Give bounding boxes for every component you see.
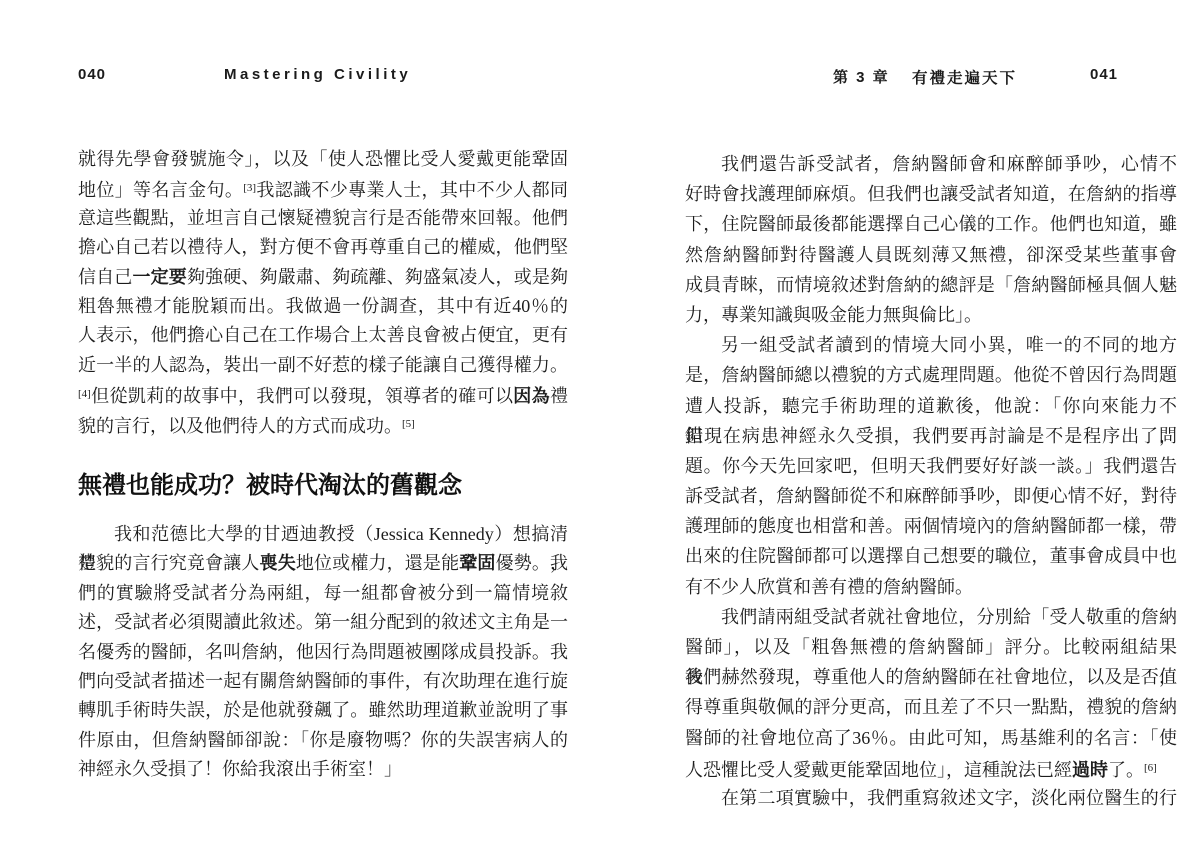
left-page-number: 040 xyxy=(78,66,106,83)
text-line: 件原由，但詹納醫師卻說：「你是廢物嗎？你的失誤害病人的 xyxy=(78,726,568,755)
text-line: 名優秀的醫師，名叫詹納，他因行為問題被團隊成員投訴。我 xyxy=(78,638,568,667)
text-line: 我們請兩組受試者就社會地位，分別給「受人敬重的詹納 xyxy=(685,602,1177,632)
text-line: 成員青睞，而情境敘述對詹納的總評是「詹納醫師極具個人魅 xyxy=(685,270,1177,300)
body-text: 然詹納醫師對待醫護人員既刻薄又無禮，卻深受某些董事會 xyxy=(685,245,1177,265)
text-line: 然詹納醫師對待醫護人員既刻薄又無禮，卻深受某些董事會 xyxy=(685,240,1177,270)
body-text: 信自己 xyxy=(78,267,132,287)
body-text: 人恐懼比受人愛戴更能鞏固地位」，這種說法已經 xyxy=(685,760,1072,780)
text-line: 擔心自己若以禮待人，對方便不會再尊重自己的權威，他們堅 xyxy=(78,233,568,262)
body-text: 訴受試者，詹納醫師從不和麻醉師爭吵，即便心情不好，對待 xyxy=(685,486,1177,506)
footnote-marker: [3] xyxy=(243,182,256,194)
text-line: 另一組受試者讀到的情境大同小異，唯一的不同的地方 xyxy=(685,330,1177,360)
body-text: 下，住院醫師最後都能選擇自己心儀的工作。他們也知道，雖 xyxy=(685,214,1177,234)
text-line: 粗魯無禮才能脫穎而出。我做過一份調查，其中有近40％的 xyxy=(78,292,568,321)
emphasized-text: 因為 xyxy=(513,386,550,406)
text-line: 信自己一定要夠強硬、夠嚴肅、夠疏離、夠盛氣凌人，或是夠 xyxy=(78,263,568,292)
book-spread: 040 Mastering Civility 第 3 章 有禮走遍天下 041 … xyxy=(0,0,1200,851)
emphasized-text: 喪失 xyxy=(260,553,296,573)
body-text: 禮貌的言行究竟會讓人 xyxy=(78,553,260,573)
body-text: 力，專業知識與吸金能力無與倫比」。 xyxy=(685,305,982,325)
text-line: 在第二項實驗中，我們重寫敘述文字，淡化兩位醫生的行 xyxy=(685,783,1177,813)
chapter-title: 有禮走遍天下 xyxy=(912,66,1017,88)
text-line: 護理師的態度也相當和善。兩個情境內的詹納醫師都一樣，帶 xyxy=(685,511,1177,541)
text-line: 下，住院醫師最後都能選擇自己心儀的工作。他們也知道，雖 xyxy=(685,209,1177,239)
body-text: 了。 xyxy=(1108,760,1144,780)
body-text: 禮 xyxy=(550,386,568,406)
body-text: 成員青睞，而情境敘述對詹納的總評是「詹納醫師極具個人魅 xyxy=(685,275,1177,295)
body-text: 我們赫然發現，尊重他人的詹納醫師在社會地位，以及是否值 xyxy=(685,667,1177,687)
left-paragraph-block-1: 就得先學會發號施令」，以及「使人恐懼比受人愛戴更能鞏固地位」等名言金句。[3]我… xyxy=(78,145,568,439)
emphasized-text: 一定要 xyxy=(132,267,186,287)
body-text: 人表示，他們擔心自己在工作場合上太善良會被占便宜，更有 xyxy=(78,325,568,345)
section-heading: 無禮也能成功？被時代淘汰的舊觀念 xyxy=(78,470,578,501)
body-text: 述，受試者必須閱讀此敘述。第一組分配到的敘述文主角是一 xyxy=(78,612,568,632)
body-text: 地位或權力，還是能 xyxy=(296,553,459,573)
body-text: 近一半的人認為，裝出一副不好惹的樣子能讓自己獲得權力。 xyxy=(78,355,568,375)
body-text: 得尊重與敬佩的評分更高，而且差了不只一點點，禮貌的詹納 xyxy=(685,697,1177,717)
text-line: 地位」等名言金句。[3]我認識不少專業人士，其中不少人都同 xyxy=(78,174,568,203)
text-line: 醫師」，以及「粗魯無禮的詹納醫師」評分。比較兩組結果後， xyxy=(685,632,1177,662)
body-text: 另一組受試者讀到的情境大同小異，唯一的不同的地方 xyxy=(721,335,1177,355)
text-line: 禮貌的言行究竟會讓人喪失地位或權力，還是能鞏固優勢。我 xyxy=(78,549,568,578)
body-text: 優勢。我 xyxy=(496,553,568,573)
body-text: 醫師的社會地位高了36％。由此可知，馬基維利的名言：「使 xyxy=(685,728,1177,748)
text-line: 意這些觀點，並坦言自己懷疑禮貌言行是否能帶來回報。他們 xyxy=(78,204,568,233)
text-line: 貌的言行，以及他們待人的方式而成功。[5] xyxy=(78,410,568,439)
body-text: 好時會找護理師麻煩。但我們也讓受試者知道，在詹納的指導 xyxy=(685,184,1177,204)
body-text: 我們還告訴受試者，詹納醫師會和麻醉師爭吵，心情不 xyxy=(721,154,1177,174)
text-line: 轉肌手術時失誤，於是他就發飆了。雖然助理道歉並說明了事 xyxy=(78,696,568,725)
text-line: 述，受試者必須閱讀此敘述。第一組分配到的敘述文主角是一 xyxy=(78,608,568,637)
text-line: 們向受試者描述一起有關詹納醫師的事件，有次助理在進行旋 xyxy=(78,667,568,696)
text-line: 醫師的社會地位高了36％。由此可知，馬基維利的名言：「使 xyxy=(685,723,1177,753)
body-text: 件原由，但詹納醫師卻說：「你是廢物嗎？你的失誤害病人的 xyxy=(78,730,568,750)
body-text: 我們請兩組受試者就社會地位，分別給「受人敬重的詹納 xyxy=(721,607,1177,627)
text-line: [4]但從凱莉的故事中，我們可以發現，領導者的確可以因為禮 xyxy=(78,380,568,409)
body-text: 是，詹納醫師總以禮貌的方式處理問題。他從不曾因行為問題 xyxy=(685,365,1177,385)
text-line: 就得先學會發號施令」，以及「使人恐懼比受人愛戴更能鞏固 xyxy=(78,145,568,174)
text-line: 遭人投訴，聽完手術助理的道歉後，他說：「你向來能力不錯， xyxy=(685,391,1177,421)
text-line: 力，專業知識與吸金能力無與倫比」。 xyxy=(685,300,1177,330)
right-page-number: 041 xyxy=(1090,66,1118,83)
emphasized-text: 過時 xyxy=(1072,760,1108,780)
footnote-marker: [5] xyxy=(402,418,415,430)
text-line: 近一半的人認為，裝出一副不好惹的樣子能讓自己獲得權力。 xyxy=(78,351,568,380)
body-text: 但現在病患神經永久受損，我們要再討論是不是程序出了問 xyxy=(685,426,1177,446)
body-text: 意這些觀點，並坦言自己懷疑禮貌言行是否能帶來回報。他們 xyxy=(78,208,568,228)
body-text: 轉肌手術時失誤，於是他就發飆了。雖然助理道歉並說明了事 xyxy=(78,700,568,720)
footnote-marker: [6] xyxy=(1144,762,1157,774)
body-text: 我認識不少專業人士，其中不少人都同 xyxy=(256,180,568,200)
body-text: 擔心自己若以禮待人，對方便不會再尊重自己的權威，他們堅 xyxy=(78,237,568,257)
left-running-title: Mastering Civility xyxy=(224,66,411,83)
text-line: 訴受試者，詹納醫師從不和麻醉師爭吵，即便心情不好，對待 xyxy=(685,481,1177,511)
body-text: 們的實驗將受試者分為兩組，每一組都會被分到一篇情境敘 xyxy=(78,583,568,603)
text-line: 我和范德比大學的甘迺迪教授（Jessica Kennedy）想搞清楚， xyxy=(78,520,568,549)
text-line: 們的實驗將受試者分為兩組，每一組都會被分到一篇情境敘 xyxy=(78,579,568,608)
footnote-marker: [4] xyxy=(78,388,91,400)
body-text: 貌的言行，以及他們待人的方式而成功。 xyxy=(78,416,402,436)
body-text: 地位」等名言金句。 xyxy=(78,180,243,200)
body-text: 夠強硬、夠嚴肅、夠疏離、夠盛氣凌人，或是夠 xyxy=(187,267,568,287)
body-text: 但從凱莉的故事中，我們可以發現，領導者的確可以 xyxy=(91,386,513,406)
text-line: 人恐懼比受人愛戴更能鞏固地位」，這種說法已經過時了。[6] xyxy=(685,753,1177,783)
body-text: 護理師的態度也相當和善。兩個情境內的詹納醫師都一樣，帶 xyxy=(685,516,1177,536)
body-text: 名優秀的醫師，名叫詹納，他因行為問題被團隊成員投訴。我 xyxy=(78,642,568,662)
body-text: 出來的住院醫師都可以選擇自己想要的職位，董事會成員中也 xyxy=(685,546,1177,566)
text-line: 是，詹納醫師總以禮貌的方式處理問題。他從不曾因行為問題 xyxy=(685,360,1177,390)
text-line: 有不少人欣賞和善有禮的詹納醫師。 xyxy=(685,572,1177,602)
left-paragraph-block-2: 我和范德比大學的甘迺迪教授（Jessica Kennedy）想搞清楚，禮貌的言行… xyxy=(78,520,568,785)
chapter-label: 第 3 章 xyxy=(833,66,890,87)
text-line: 但現在病患神經永久受損，我們要再討論是不是程序出了問 xyxy=(685,421,1177,451)
text-line: 人表示，他們擔心自己在工作場合上太善良會被占便宜，更有 xyxy=(78,321,568,350)
text-line: 題。你今天先回家吧，但明天我們要好好談一談。」我們還告 xyxy=(685,451,1177,481)
body-text: 題。你今天先回家吧，但明天我們要好好談一談。」我們還告 xyxy=(685,456,1177,476)
emphasized-text: 鞏固 xyxy=(459,553,495,573)
body-text: 有不少人欣賞和善有禮的詹納醫師。 xyxy=(685,577,973,597)
text-line: 我們還告訴受試者，詹納醫師會和麻醉師爭吵，心情不 xyxy=(685,149,1177,179)
body-text: 們向受試者描述一起有關詹納醫師的事件，有次助理在進行旋 xyxy=(78,671,568,691)
body-text: 就得先學會發號施令」，以及「使人恐懼比受人愛戴更能鞏固 xyxy=(78,149,568,169)
text-line: 好時會找護理師麻煩。但我們也讓受試者知道，在詹納的指導 xyxy=(685,179,1177,209)
body-text: 神經永久受損了！你給我滾出手術室！」 xyxy=(78,759,402,779)
body-text: 在第二項實驗中，我們重寫敘述文字，淡化兩位醫生的行 xyxy=(721,788,1177,808)
text-line: 出來的住院醫師都可以選擇自己想要的職位，董事會成員中也 xyxy=(685,541,1177,571)
body-text: 粗魯無禮才能脫穎而出。我做過一份調查，其中有近40％的 xyxy=(78,296,568,316)
text-line: 我們赫然發現，尊重他人的詹納醫師在社會地位，以及是否值 xyxy=(685,662,1177,692)
text-line: 得尊重與敬佩的評分更高，而且差了不只一點點，禮貌的詹納 xyxy=(685,692,1177,722)
right-page-body: 我們還告訴受試者，詹納醫師會和麻醉師爭吵，心情不好時會找護理師麻煩。但我們也讓受… xyxy=(685,149,1177,813)
text-line: 神經永久受損了！你給我滾出手術室！」 xyxy=(78,755,568,784)
